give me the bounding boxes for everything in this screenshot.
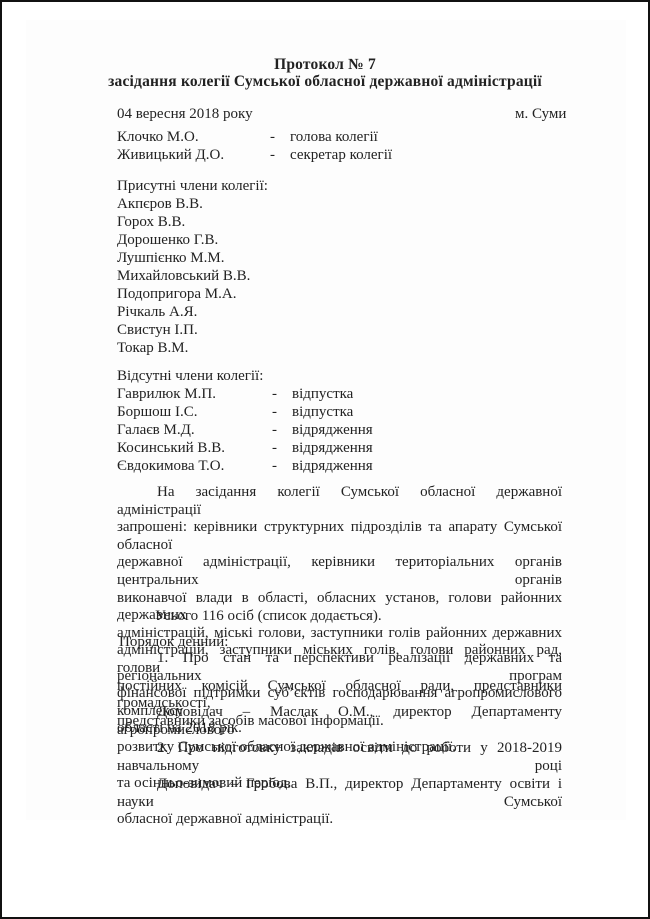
absent-member-dash: - (272, 439, 277, 457)
present-heading: Присутні члени колегії: (117, 177, 268, 195)
absent-member-dash: - (272, 421, 277, 439)
leader-dash: - (270, 146, 275, 164)
present-member: Михайловський В.В. (117, 267, 250, 285)
paragraph-line: запрошені: керівники структурних підрозд… (117, 519, 562, 554)
agenda-heading: Порядок денний: (119, 633, 228, 651)
present-member: Горох В.В. (117, 213, 185, 231)
absent-member-dash: - (272, 403, 277, 421)
speaker-line: Доповідач – Маслак О.М., директор Департ… (117, 704, 562, 739)
absent-member-dash: - (272, 457, 277, 475)
present-member: Лушпієнко М.М. (117, 249, 224, 267)
present-member: Річкаль А.Я. (117, 303, 197, 321)
agenda-item-2-speaker: Доповідач – Гробова В.П., директор Депар… (117, 776, 562, 829)
attendance-total: Усього 116 осіб (список додається). (155, 607, 382, 625)
meeting-place: м. Суми (515, 105, 566, 123)
present-member: Подопригора М.А. (117, 285, 236, 303)
agenda-item-line: 2. Про підготовку закладів освіти до роб… (117, 740, 562, 775)
agenda-item-line: 1. Про стан та перспективи реалізації де… (117, 650, 562, 685)
document-title: Протокол № 7 (0, 56, 650, 74)
absent-member-name: Галаєв М.Д. (117, 421, 195, 439)
absent-member-dash: - (272, 385, 277, 403)
absent-member-reason: відпустка (292, 403, 353, 421)
absent-member-reason: відрядження (292, 421, 373, 439)
present-member: Дорошенко Г.В. (117, 231, 218, 249)
absent-member-name: Євдокимова Т.О. (117, 457, 224, 475)
meeting-date: 04 вересня 2018 року (117, 105, 253, 123)
present-member: Акпєров В.В. (117, 195, 203, 213)
leader-name: Живицький Д.О. (117, 146, 224, 164)
leader-name: Клочко М.О. (117, 128, 199, 146)
leader-role: секретар колегії (290, 146, 392, 164)
absent-member-reason: відпустка (292, 385, 353, 403)
absent-heading: Відсутні члени колегії: (117, 367, 263, 385)
leader-dash: - (270, 128, 275, 146)
leader-role: голова колегії (290, 128, 378, 146)
speaker-line: Доповідач – Гробова В.П., директор Депар… (117, 776, 562, 811)
absent-member-reason: відрядження (292, 439, 373, 457)
absent-member-name: Боршош І.С. (117, 403, 197, 421)
paragraph-line: На засідання колегії Сумської обласної д… (117, 484, 562, 519)
present-member: Токар В.М. (117, 339, 188, 357)
document-subtitle: засідання колегії Сумської обласної держ… (0, 73, 650, 91)
absent-member-name: Косинський В.В. (117, 439, 225, 457)
present-member: Свистун І.П. (117, 321, 198, 339)
speaker-line: обласної державної адміністрації. (117, 811, 562, 829)
absent-member-name: Гаврилюк М.П. (117, 385, 216, 403)
paragraph-line: державної адміністрації, керівники терит… (117, 554, 562, 589)
absent-member-reason: відрядження (292, 457, 373, 475)
